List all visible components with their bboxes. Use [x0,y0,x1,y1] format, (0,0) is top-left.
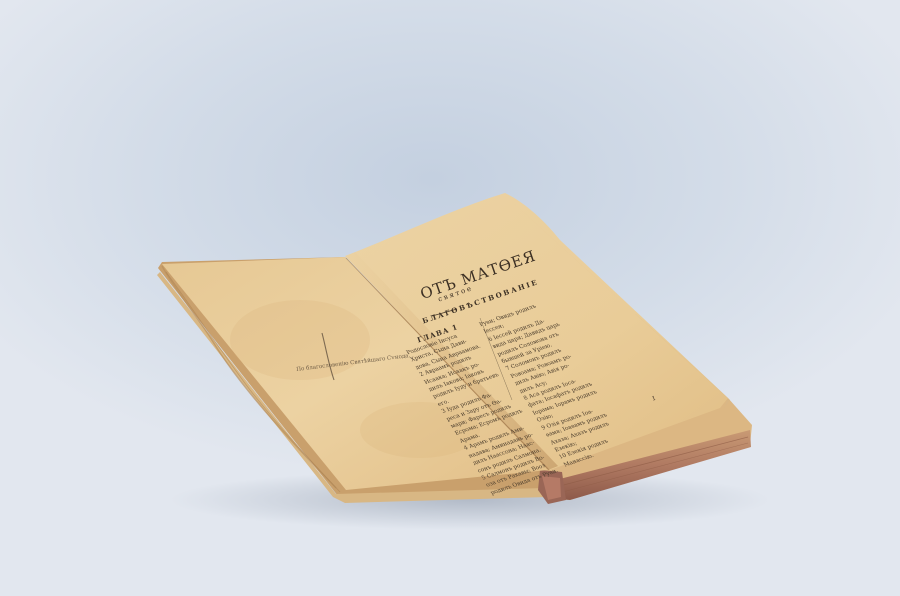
photo-scene: ОТЪ МАТѲЕЯ святое БЛАГОВѢСТВОВАНІЕ ГЛАВА… [0,0,900,596]
